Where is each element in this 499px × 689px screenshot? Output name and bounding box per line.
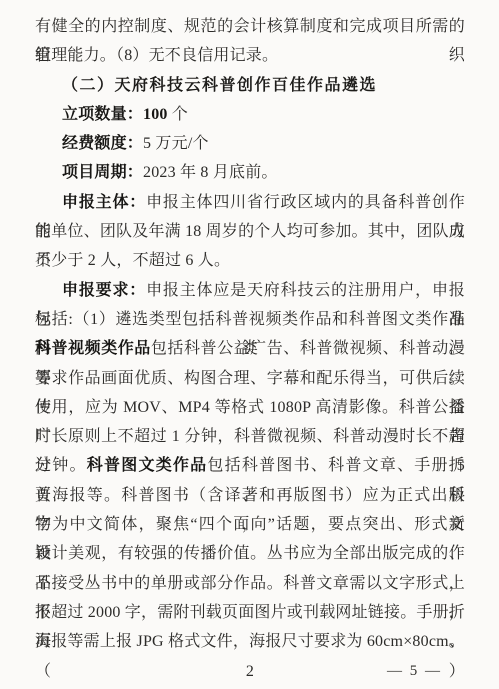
text-line: 的单位、团队及年满 18 周岁的个人均可参加。其中，团队成员 <box>35 217 465 246</box>
field-label: 经费额度： <box>62 135 143 152</box>
emphasis-term: 科普视频类作品 <box>35 340 151 357</box>
field-label: 立项数量：100 <box>62 106 168 123</box>
text-line: 有健全的内控制度、规范的会计核算制度和完成项目所需的组织 <box>35 12 465 41</box>
page-number-text: — 5 — <box>387 663 442 679</box>
text-line: 字为中文简体，聚焦“四个面向”话题，要点突出、形式新颖、 <box>35 510 465 539</box>
text-line: 不少于 2 人，不超过 6 人。 <box>35 246 465 275</box>
field-value: 5 万元/个 <box>143 135 209 152</box>
field-label: 项目周期： <box>62 164 143 181</box>
text-line: 海报等需上报 JPG 格式文件，海报尺寸要求为 60cm×80cm。（2） <box>35 627 465 656</box>
text-line: 要求作品画面优质、构图合理、字幕和配乐得当，可供后续传播 <box>35 364 465 393</box>
text-line: 包括:（1）遴选类型包括科普视频类作品和科普图文类作品两类。 <box>35 305 465 334</box>
section-heading: （二）天府科技云科普创作百佳作品遴选 <box>35 71 465 100</box>
text-line: 使用，应为 MOV、MP4 等格式 1080P 高清影像。科普公益广告 <box>35 393 465 422</box>
text-line: 不超过 2000 字，需附刊载页面图片或刊载网址链接。手册折页、 <box>35 598 465 627</box>
field-line-quantity: 立项数量：100 个 <box>35 100 465 129</box>
text-segment: 不少于 2 人，不超过 6 人。 <box>35 252 230 269</box>
document-page: 有健全的内控制度、规范的会计核算制度和完成项目所需的组织 管理能力。（8）无不良… <box>0 0 499 689</box>
field-label: 申报主体： <box>62 194 146 211</box>
field-value: 个 <box>168 106 188 123</box>
field-label: 申报要求： <box>62 282 146 299</box>
field-value: 2023 年 8 月底前。 <box>143 164 278 181</box>
paragraph-line: 申报主体：申报主体四川省行政区域内的具备科普创作能力 <box>35 188 465 217</box>
text-segment: 分钟。 <box>35 457 87 474</box>
text-line: 分钟。科普图文类作品包括科普图书、科普文章、手册折页、科 <box>35 451 465 480</box>
paragraph-line: 申报要求：申报主体应是天府科技云的注册用户，申报标准 <box>35 276 465 305</box>
field-line-period: 项目周期：2023 年 8 月底前。 <box>35 158 465 187</box>
text-segment: 管理能力。（8）无不良信用记录。 <box>35 47 278 64</box>
text-line: 时长原则上不超过 1 分钟，科普微视频、科普动漫时长不超过 5 <box>35 422 465 451</box>
text-line: 普海报等。科普图书（含译著和再版图书）应为正式出版物，文 <box>35 481 465 510</box>
text-line: 设计美观，有较强的传播价值。丛书应为全部出版完成的作品， <box>35 539 465 568</box>
text-line: 不接受丛书中的单册或部分作品。科普文章需以文字形式上报， <box>35 569 465 598</box>
text-line: 科普视频类作品包括科普公益广告、科普微视频、科普动漫等。 <box>35 334 465 363</box>
emphasis-term: 科普图文类作品 <box>87 457 208 474</box>
field-line-budget: 经费额度：5 万元/个 <box>35 129 465 158</box>
heading-text: （二）天府科技云科普创作百佳作品遴选 <box>62 77 377 94</box>
